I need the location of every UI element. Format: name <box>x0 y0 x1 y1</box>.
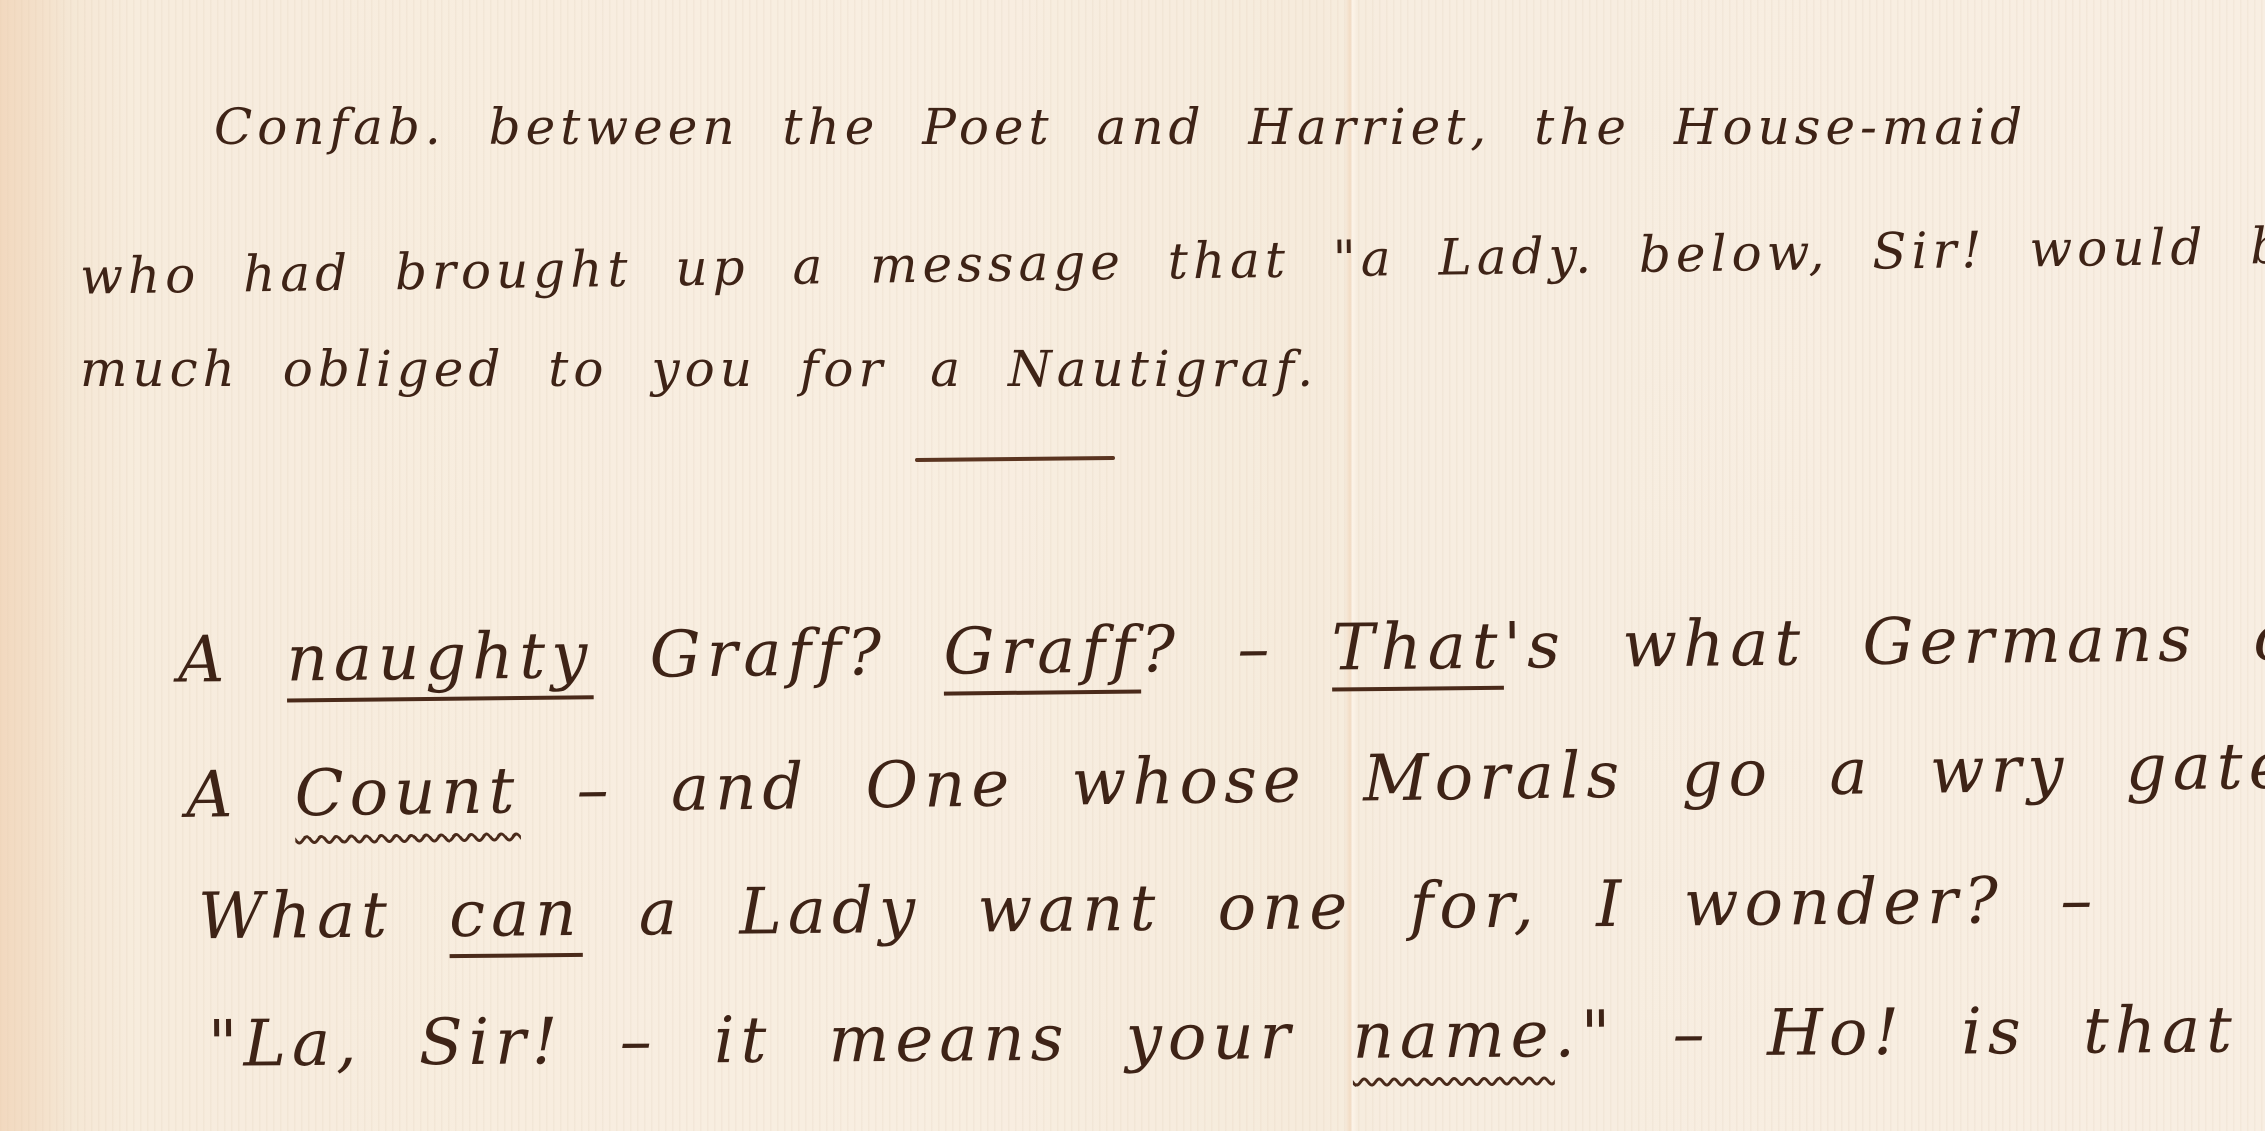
verse-2-underlined-count: Count <box>294 754 521 831</box>
verse-1-mid1: Graff? <box>593 616 944 694</box>
intro-line-2: who had brought up a message that "a Lad… <box>80 216 2265 305</box>
verse-1-pre: A <box>178 622 287 697</box>
verse-3-post: a Lady want one for, I wonder? – <box>582 864 2098 951</box>
verse-1-underlined-that: That <box>1331 610 1504 686</box>
verse-2-pre: A <box>186 757 296 833</box>
intro-line-1: Confab. between the Poet and Harriet, th… <box>214 98 2027 156</box>
verse-line-2: A Count – and One whose Morals go a wry … <box>186 729 2265 833</box>
verse-4-underlined-name: name <box>1352 998 1554 1073</box>
intro-line-3: much obliged to you for a Nautigraf. <box>80 340 1318 398</box>
paper-edge-shading <box>0 0 70 1131</box>
verse-line-3: What can a Lady want one for, I wonder? … <box>198 864 2099 955</box>
verse-1-post: 's what Germans call <box>1503 600 2265 683</box>
verse-1-underlined-naughty: naughty <box>286 619 593 696</box>
paper-fold-crease <box>1345 0 1357 1131</box>
section-separator-rule <box>915 456 1115 462</box>
verse-1-mid2: ? – <box>1140 612 1332 688</box>
verse-3-pre: What <box>198 878 450 954</box>
verse-4-pre: "La, Sir! – it means your <box>208 1000 1353 1082</box>
verse-1-underlined-graff: Graff <box>943 614 1141 690</box>
verse-4-post: ." – Ho! is that all? <box>1554 992 2265 1072</box>
verse-3-underlined-can: can <box>449 877 583 952</box>
verse-line-4: "La, Sir! – it means your name." – Ho! i… <box>208 992 2265 1082</box>
verse-line-1: A naughty Graff? Graff? – That's what Ge… <box>178 600 2265 697</box>
verse-2-post: – and One whose Morals go a wry gate! <box>520 729 2265 828</box>
